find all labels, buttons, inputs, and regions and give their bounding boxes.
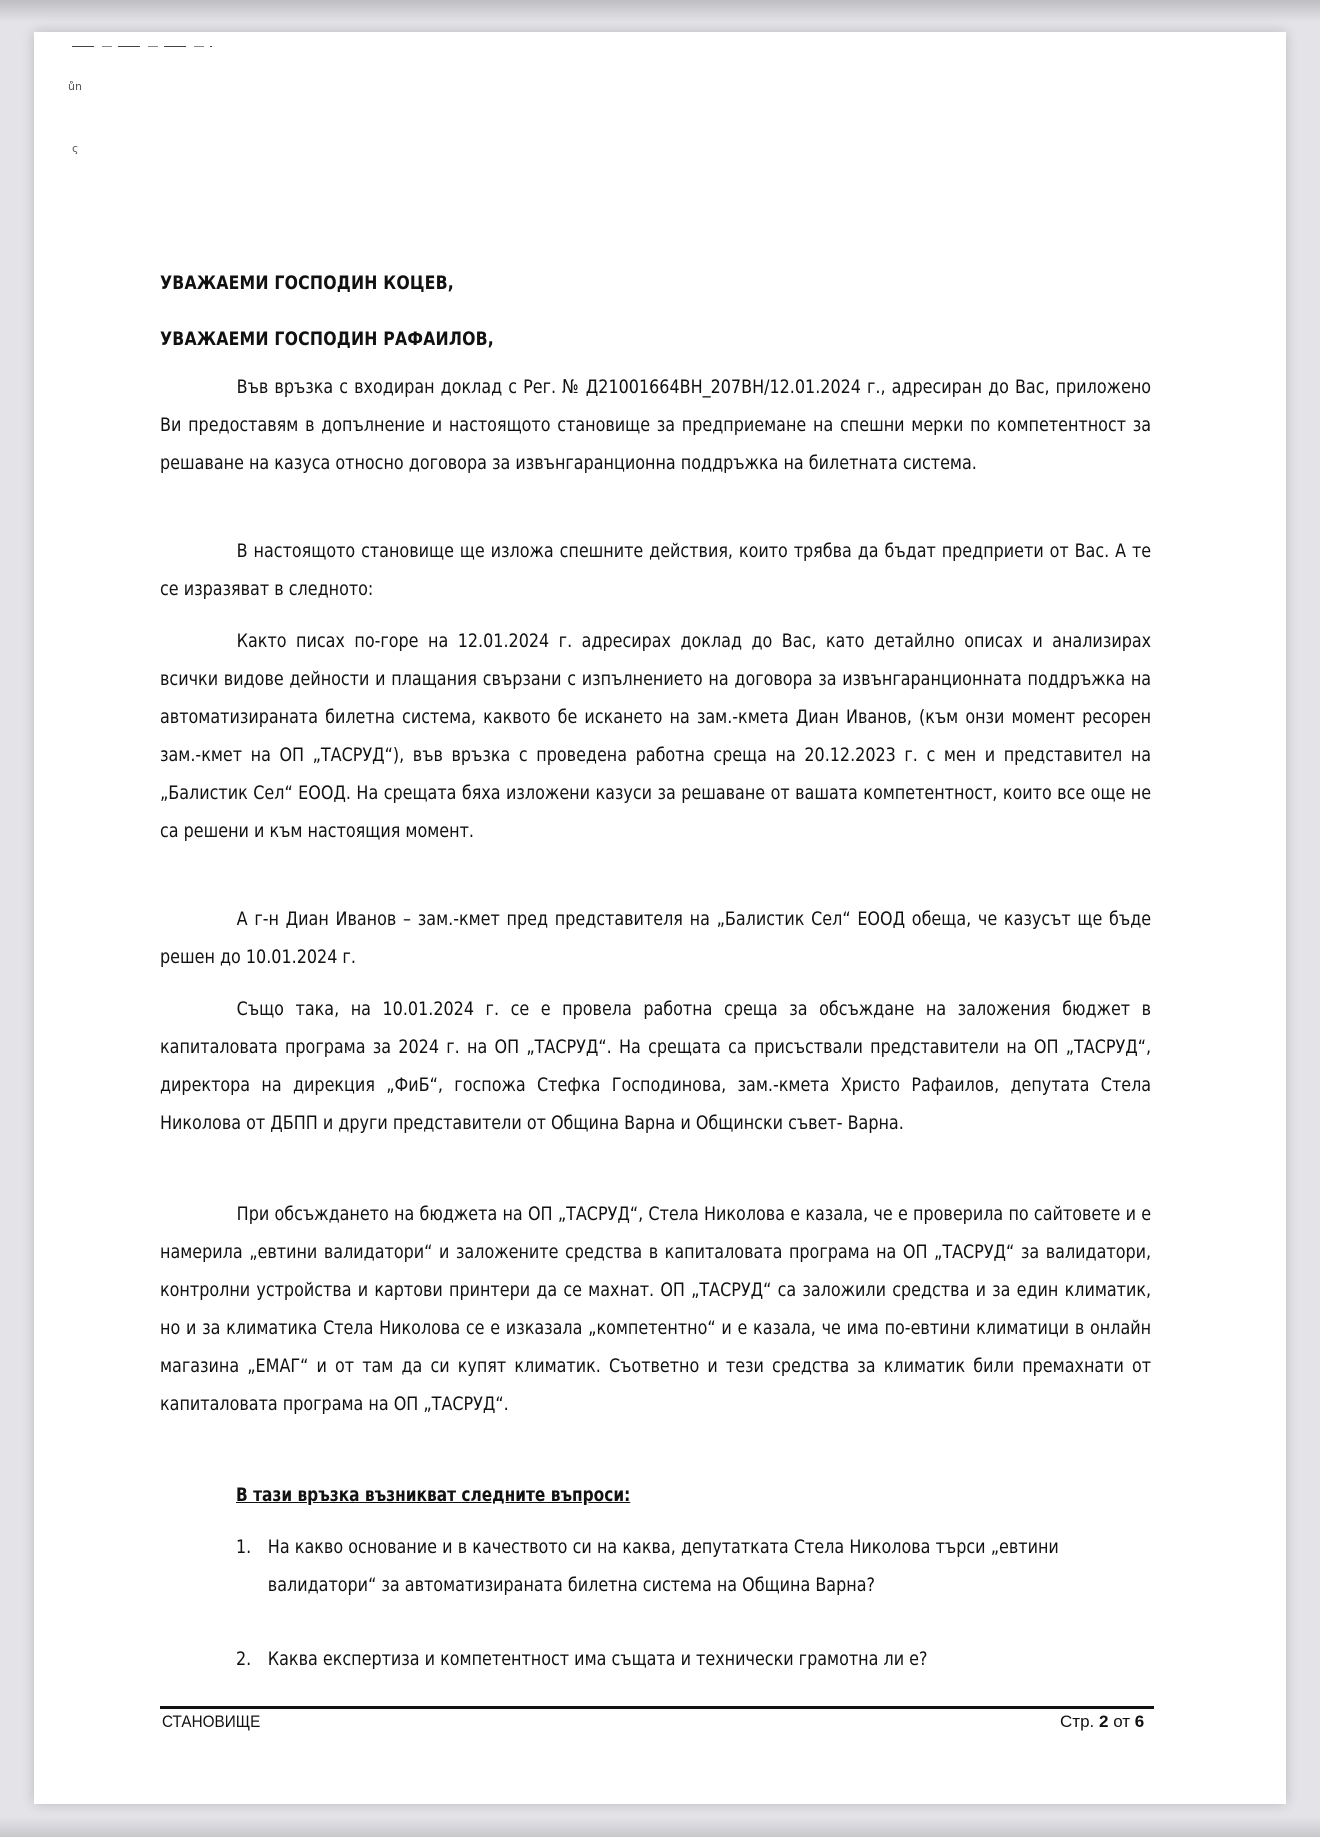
paragraph-promise: А г-н Диан Иванов – зам.-кмет пред предс…	[160, 900, 1151, 976]
page-current: 2	[1099, 1712, 1108, 1731]
questions-heading: В тази връзка възникват следните въпроси…	[236, 1484, 630, 1506]
question-item: 2. Каква експертиза и компетентност има …	[236, 1640, 1059, 1678]
salutation-rafailov: УВАЖАЕМИ ГОСПОДИН РАФАИЛОВ,	[160, 328, 494, 350]
paragraph-meeting: Също така, на 10.01.2024 г. се е провела…	[160, 990, 1151, 1142]
paragraph-actions: В настоящото становище ще изложа спешнит…	[160, 532, 1151, 608]
footer-divider	[160, 1706, 1154, 1709]
paragraph-budget: При обсъждането на бюджета на ОП „ТАСРУД…	[160, 1195, 1151, 1423]
viewer-bottom-edge	[0, 1817, 1320, 1837]
question-text: Каква експертиза и компетентност има същ…	[268, 1640, 1059, 1678]
question-number: 2.	[236, 1640, 251, 1678]
paragraph-intro: Във връзка с входиран доклад с Рег. № Д2…	[160, 368, 1151, 482]
question-item: 1. На какво основание и в качеството си …	[236, 1528, 1059, 1604]
question-text: На какво основание и в качеството си на …	[268, 1528, 1059, 1604]
page-total: 6	[1135, 1712, 1144, 1731]
scan-mark: ůn	[68, 80, 82, 93]
question-number: 1.	[236, 1528, 251, 1566]
paragraph-report: Както писах по-горе на 12.01.2024 г. адр…	[160, 622, 1151, 850]
scan-header-artifact	[72, 46, 212, 47]
scan-mark: ς	[72, 142, 78, 155]
page-prefix: Стр.	[1060, 1712, 1094, 1731]
salutation-kotsev: УВАЖАЕМИ ГОСПОДИН КОЦЕВ,	[160, 272, 454, 294]
page-number: Стр. 2 от 6	[1060, 1712, 1144, 1732]
viewer-top-edge	[0, 0, 1320, 22]
page-separator: от	[1113, 1712, 1130, 1731]
footer-document-title: СТАНОВИЩЕ	[162, 1712, 260, 1732]
